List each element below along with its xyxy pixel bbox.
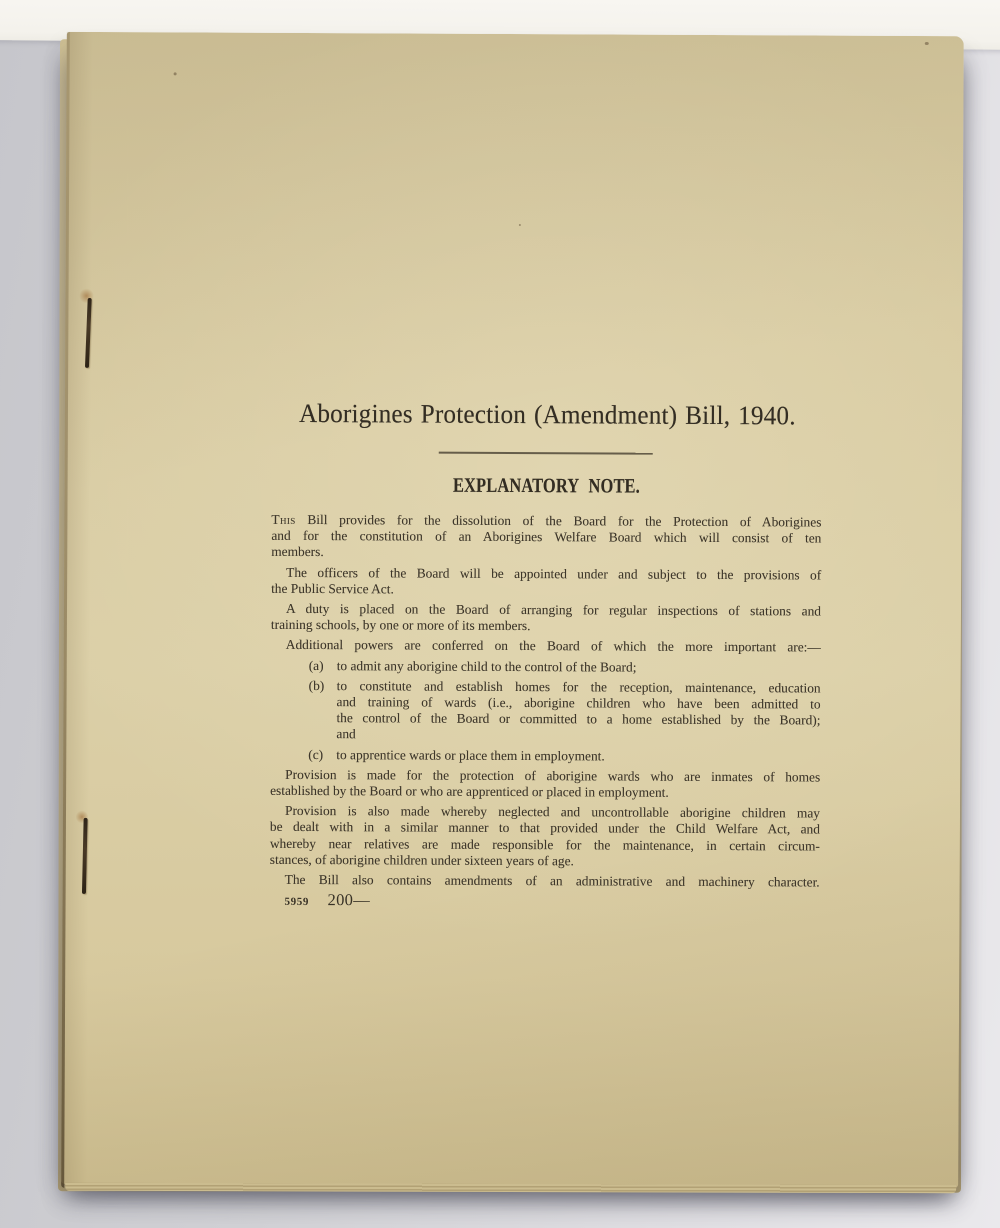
booklet-cover: Aborigines Protection (Amendment) Bill, … (61, 32, 964, 1188)
imprint-line: 5959 200— (270, 890, 820, 917)
text-line: stances, of aborigine children under six… (270, 852, 820, 871)
text-line: and for the constitution of an Aborigine… (271, 528, 821, 547)
paragraph: The officers of the Board will be appoin… (271, 564, 821, 599)
list-item: (c)to apprentice wards or place them in … (336, 747, 820, 766)
print-code: 5959 (285, 896, 309, 908)
paper-speck (174, 72, 177, 75)
paragraph: The Bill also contains amendments of an … (270, 872, 820, 891)
text-line: The Bill also contains amendments of an … (270, 872, 820, 891)
paragraph: Provision is made for the protection of … (270, 767, 820, 802)
list-item-label: (c) (308, 747, 323, 763)
print-run: 200— (328, 890, 371, 910)
small-caps-lead: This (271, 512, 295, 527)
document-title: Aborigines Protection (Amendment) Bill, … (272, 393, 822, 433)
title-rule (439, 452, 653, 455)
paragraph: A duty is placed on the Board of arrangi… (271, 601, 821, 636)
text-line: established by the Board or who are appr… (270, 783, 820, 802)
paper-speck (925, 42, 929, 45)
list-item: (a)to admit any aborigine child to the c… (337, 658, 821, 677)
paragraph: Additional powers are conferred on the B… (271, 637, 821, 656)
paragraph: This Bill provides for the dissolution o… (271, 512, 821, 563)
list-item: (b)to constitute and establish homes for… (336, 678, 820, 745)
text-line: members. (271, 544, 821, 563)
body-text: This Bill provides for the dissolution o… (270, 512, 822, 891)
text-line: Additional powers are conferred on the B… (271, 637, 821, 656)
paragraph: Provision is also made whereby neglected… (270, 803, 820, 870)
document-title-text: Aborigines Protection (Amendment) Bill, … (299, 398, 796, 431)
paper-speck (519, 224, 521, 226)
section-heading: EXPLANATORY NOTE. (272, 471, 822, 501)
list-item-label: (b) (309, 678, 325, 694)
bottom-page-edges (65, 1183, 956, 1193)
section-heading-text: EXPLANATORY NOTE. (453, 475, 640, 499)
text-line: to apprentice wards or place them in emp… (336, 747, 820, 766)
text-line: to admit any aborigine child to the cont… (337, 658, 821, 677)
photo-scene: Aborigines Protection (Amendment) Bill, … (0, 0, 1000, 1228)
text-line: and (336, 727, 820, 746)
text-line: the control of the Board or committed to… (336, 710, 820, 729)
text-line: the Public Service Act. (271, 581, 821, 600)
list-item-label: (a) (309, 658, 324, 674)
text-line: training schools, by one or more of its … (271, 617, 821, 636)
